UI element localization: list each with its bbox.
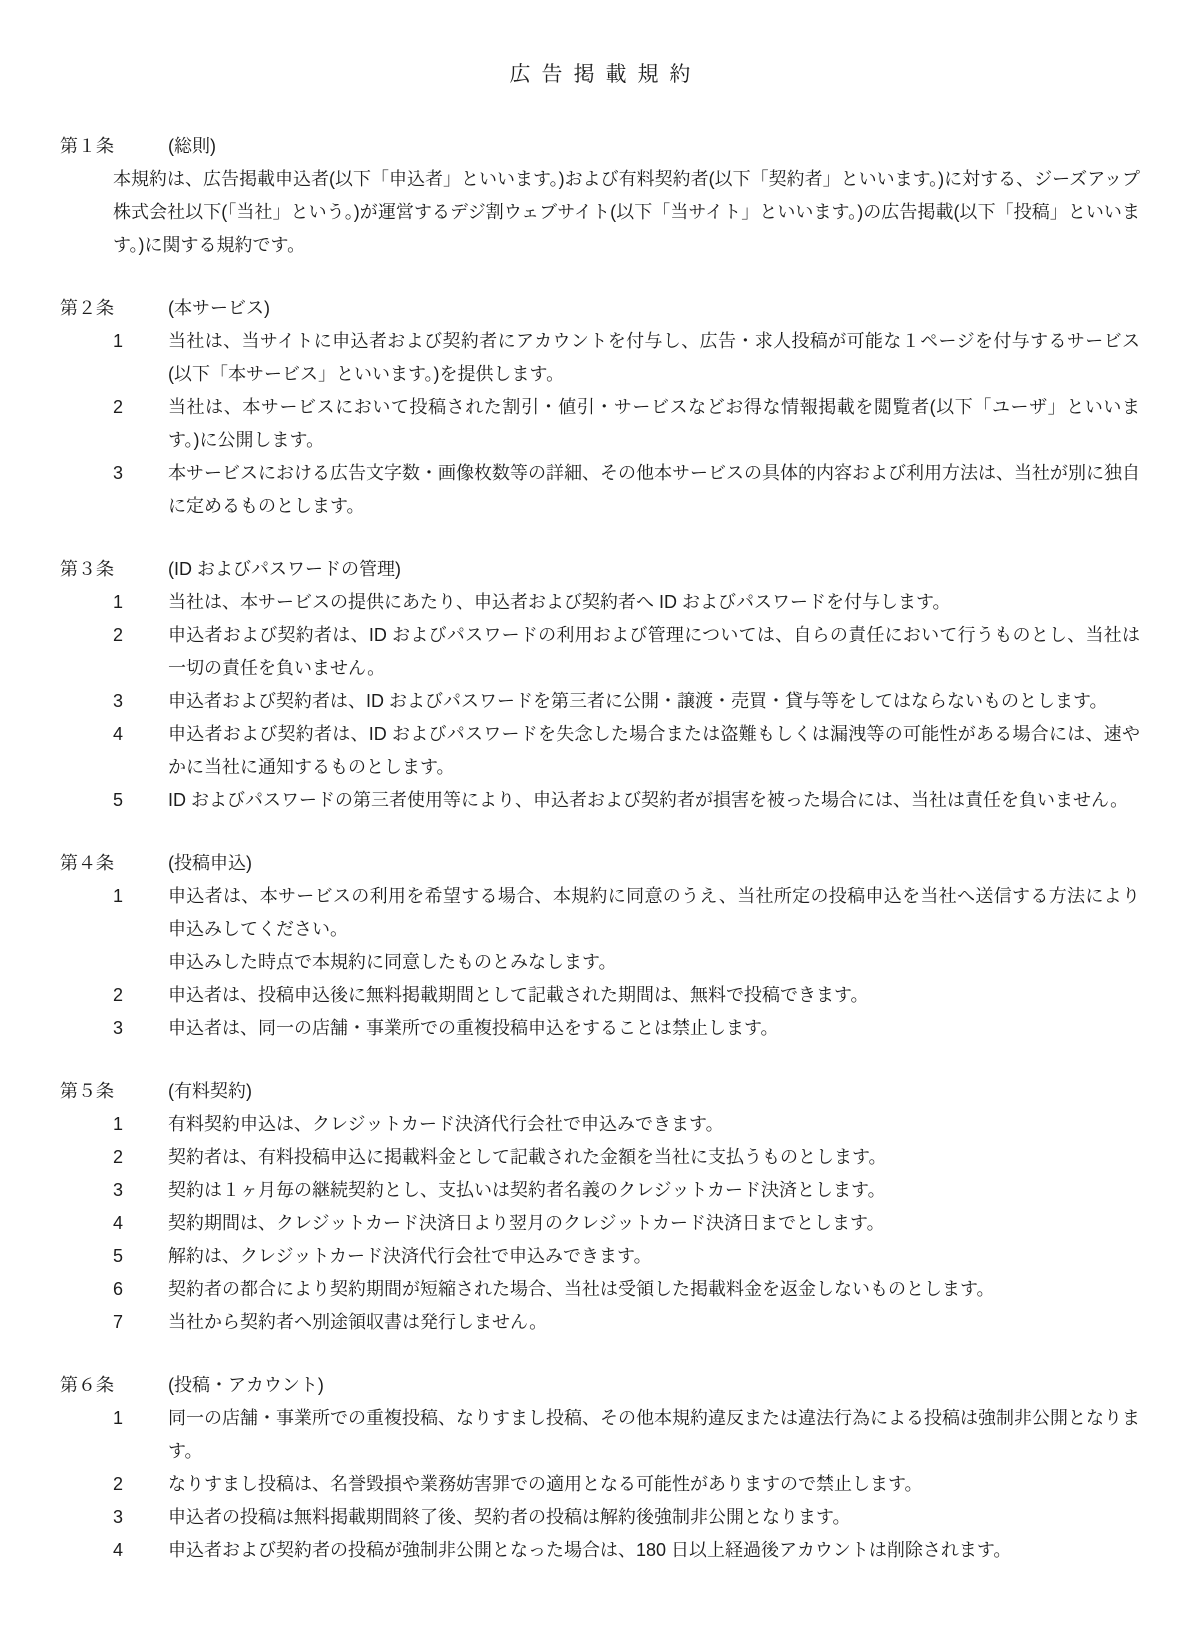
clause-text: 契約期間は、クレジットカード決済日より翌月のクレジットカード決済日までとします。 (168, 1207, 1140, 1240)
clause-number: 3 (60, 1174, 168, 1207)
clause-text: 申込者および契約者は、ID およびパスワードの利用および管理については、自らの責… (168, 619, 1140, 685)
clause-line: 契約者は、有料投稿申込に掲載料金として記載された金額を当社に支払うものとします。 (168, 1141, 1140, 1174)
article-number: 第６条 (60, 1369, 168, 1402)
clause-line: 当社は、本サービスの提供にあたり、申込者および契約者へ ID およびパスワードを… (168, 586, 1140, 619)
clause-number: 2 (60, 979, 168, 1012)
clause-text: 契約者は、有料投稿申込に掲載料金として記載された金額を当社に支払うものとします。 (168, 1141, 1140, 1174)
clause-number: 1 (60, 1402, 168, 1435)
article-heading: (総則) (168, 130, 1140, 163)
article-header: 第１条 (総則) (60, 130, 1140, 163)
clause-row: 5 解約は、クレジットカード決済代行会社で申込みできます。 (60, 1240, 1140, 1273)
clause-text: 解約は、クレジットカード決済代行会社で申込みできます。 (168, 1240, 1140, 1273)
articles-container: 第１条 (総則) 本規約は、広告掲載申込者(以下「申込者」といいます。)および有… (60, 130, 1140, 1567)
article-heading: (投稿・アカウント) (168, 1369, 1140, 1402)
clause-text: 申込者は、投稿申込後に無料掲載期間として記載された期間は、無料で投稿できます。 (168, 979, 1140, 1012)
clause-row: 2 申込者および契約者は、ID およびパスワードの利用および管理については、自ら… (60, 619, 1140, 685)
clause-line: 当社は、本サービスにおいて投稿された割引・値引・サービスなどお得な情報掲載を閲覧… (168, 391, 1140, 457)
clause-line: 申込者および契約者の投稿が強制非公開となった場合は、180 日以上経過後アカウン… (168, 1534, 1140, 1567)
article-section: 第５条 (有料契約) 1 有料契約申込は、クレジットカード決済代行会社で申込みで… (60, 1075, 1140, 1339)
clause-number: 2 (60, 1468, 168, 1501)
article-section: 第６条 (投稿・アカウント) 1 同一の店舗・事業所での重複投稿、なりすまし投稿… (60, 1369, 1140, 1567)
clause-text: 有料契約申込は、クレジットカード決済代行会社で申込みできます。 (168, 1108, 1140, 1141)
document-page: 広告掲載規約 第１条 (総則) 本規約は、広告掲載申込者(以下「申込者」といいま… (0, 0, 1200, 1625)
clause-line: 申込者および契約者は、ID およびパスワードの利用および管理については、自らの責… (168, 619, 1140, 685)
clause-number: 3 (60, 1012, 168, 1045)
clause-row: 5 ID およびパスワードの第三者使用等により、申込者および契約者が損害を被った… (60, 784, 1140, 817)
clause-row: 6 契約者の都合により契約期間が短縮された場合、当社は受領した掲載料金を返金しな… (60, 1273, 1140, 1306)
article-items: 1 有料契約申込は、クレジットカード決済代行会社で申込みできます。 2 契約者は… (60, 1108, 1140, 1339)
clause-number: 6 (60, 1273, 168, 1306)
clause-number: 1 (60, 1108, 168, 1141)
clause-text: 本サービスにおける広告文字数・画像枚数等の詳細、その他本サービスの具体的内容およ… (168, 457, 1140, 523)
article-number: 第５条 (60, 1075, 168, 1108)
article-heading: (有料契約) (168, 1075, 1140, 1108)
clause-line: 有料契約申込は、クレジットカード決済代行会社で申込みできます。 (168, 1108, 1140, 1141)
clause-number: 1 (60, 880, 168, 913)
clause-line: 本サービスにおける広告文字数・画像枚数等の詳細、その他本サービスの具体的内容およ… (168, 457, 1140, 523)
article-items: 1 当社は、当サイトに申込者および契約者にアカウントを付与し、広告・求人投稿が可… (60, 325, 1140, 523)
article-section: 第１条 (総則) 本規約は、広告掲載申込者(以下「申込者」といいます。)および有… (60, 130, 1140, 262)
clause-line: 本規約は、広告掲載申込者(以下「申込者」といいます。)および有料契約者(以下「契… (113, 163, 1140, 262)
article-header: 第６条 (投稿・アカウント) (60, 1369, 1140, 1402)
article-items: 1 申込者は、本サービスの利用を希望する場合、本規約に同意のうえ、当社所定の投稿… (60, 880, 1140, 1045)
article-heading: (ID およびパスワードの管理) (168, 553, 1140, 586)
clause-number: 4 (60, 1534, 168, 1567)
clause-text: 当社は、当サイトに申込者および契約者にアカウントを付与し、広告・求人投稿が可能な… (168, 325, 1140, 391)
clause-row: 2 当社は、本サービスにおいて投稿された割引・値引・サービスなどお得な情報掲載を… (60, 391, 1140, 457)
clause-text: 契約は１ヶ月毎の継続契約とし、支払いは契約者名義のクレジットカード決済とします。 (168, 1174, 1140, 1207)
clause-line: 申込みした時点で本規約に同意したものとみなします。 (168, 946, 1140, 979)
article-section: 第４条 (投稿申込) 1 申込者は、本サービスの利用を希望する場合、本規約に同意… (60, 847, 1140, 1045)
clause-row: 1 有料契約申込は、クレジットカード決済代行会社で申込みできます。 (60, 1108, 1140, 1141)
clause-row: 1 当社は、当サイトに申込者および契約者にアカウントを付与し、広告・求人投稿が可… (60, 325, 1140, 391)
clause-line: なりすまし投稿は、名誉毀損や業務妨害罪での適用となる可能性がありますので禁止しま… (168, 1468, 1140, 1501)
clause-row: 1 当社は、本サービスの提供にあたり、申込者および契約者へ ID およびパスワー… (60, 586, 1140, 619)
clause-text: 申込者は、本サービスの利用を希望する場合、本規約に同意のうえ、当社所定の投稿申込… (168, 880, 1140, 979)
clause-row: 3 申込者の投稿は無料掲載期間終了後、契約者の投稿は解約後強制非公開となります。 (60, 1501, 1140, 1534)
clause-text: 当社は、本サービスの提供にあたり、申込者および契約者へ ID およびパスワードを… (168, 586, 1140, 619)
clause-text: なりすまし投稿は、名誉毀損や業務妨害罪での適用となる可能性がありますので禁止しま… (168, 1468, 1140, 1501)
clause-row: 4 申込者および契約者は、ID およびパスワードを失念した場合または盗難もしくは… (60, 718, 1140, 784)
clause-text: 申込者の投稿は無料掲載期間終了後、契約者の投稿は解約後強制非公開となります。 (168, 1501, 1140, 1534)
clause-number: 4 (60, 718, 168, 751)
clause-number: 7 (60, 1306, 168, 1339)
clause-number: 3 (60, 685, 168, 718)
clause-line: 当社から契約者へ別途領収書は発行しません。 (168, 1306, 1140, 1339)
clause-row: 7 当社から契約者へ別途領収書は発行しません。 (60, 1306, 1140, 1339)
clause-number: 5 (60, 784, 168, 817)
clause-line: 申込者は、投稿申込後に無料掲載期間として記載された期間は、無料で投稿できます。 (168, 979, 1140, 1012)
clause-line: 当社は、当サイトに申込者および契約者にアカウントを付与し、広告・求人投稿が可能な… (168, 325, 1140, 391)
clause-line: 契約者の都合により契約期間が短縮された場合、当社は受領した掲載料金を返金しないも… (168, 1273, 1140, 1306)
clause-row: 2 なりすまし投稿は、名誉毀損や業務妨害罪での適用となる可能性がありますので禁止… (60, 1468, 1140, 1501)
clause-line: 申込者は、同一の店舗・事業所での重複投稿申込をすることは禁止します。 (168, 1012, 1140, 1045)
clause-text: 同一の店舗・事業所での重複投稿、なりすまし投稿、その他本規約違反または違法行為に… (168, 1402, 1140, 1468)
clause-text: 契約者の都合により契約期間が短縮された場合、当社は受領した掲載料金を返金しないも… (168, 1273, 1140, 1306)
clause-row: 3 契約は１ヶ月毎の継続契約とし、支払いは契約者名義のクレジットカード決済としま… (60, 1174, 1140, 1207)
article-heading: (本サービス) (168, 292, 1140, 325)
clause-number: 1 (60, 325, 168, 358)
clause-row: 2 契約者は、有料投稿申込に掲載料金として記載された金額を当社に支払うものとしま… (60, 1141, 1140, 1174)
article-section: 第２条 (本サービス) 1 当社は、当サイトに申込者および契約者にアカウントを付… (60, 292, 1140, 523)
clause-row: 本規約は、広告掲載申込者(以下「申込者」といいます。)および有料契約者(以下「契… (60, 163, 1140, 262)
clause-text: 当社は、本サービスにおいて投稿された割引・値引・サービスなどお得な情報掲載を閲覧… (168, 391, 1140, 457)
clause-number: 4 (60, 1207, 168, 1240)
clause-row: 3 本サービスにおける広告文字数・画像枚数等の詳細、その他本サービスの具体的内容… (60, 457, 1140, 523)
article-number: 第２条 (60, 292, 168, 325)
clause-row: 3 申込者および契約者は、ID およびパスワードを第三者に公開・譲渡・売買・貸与… (60, 685, 1140, 718)
clause-text: 申込者および契約者は、ID およびパスワードを失念した場合または盗難もしくは漏洩… (168, 718, 1140, 784)
article-header: 第５条 (有料契約) (60, 1075, 1140, 1108)
clause-line: 契約期間は、クレジットカード決済日より翌月のクレジットカード決済日までとします。 (168, 1207, 1140, 1240)
clause-row: 4 申込者および契約者の投稿が強制非公開となった場合は、180 日以上経過後アカ… (60, 1534, 1140, 1567)
clause-text: 申込者は、同一の店舗・事業所での重複投稿申込をすることは禁止します。 (168, 1012, 1140, 1045)
clause-line: ID およびパスワードの第三者使用等により、申込者および契約者が損害を被った場合… (168, 784, 1140, 817)
clause-number: 2 (60, 619, 168, 652)
article-number: 第４条 (60, 847, 168, 880)
clause-row: 1 申込者は、本サービスの利用を希望する場合、本規約に同意のうえ、当社所定の投稿… (60, 880, 1140, 979)
clause-number: 3 (60, 457, 168, 490)
clause-line: 同一の店舗・事業所での重複投稿、なりすまし投稿、その他本規約違反または違法行為に… (168, 1402, 1140, 1468)
clause-line: 申込者は、本サービスの利用を希望する場合、本規約に同意のうえ、当社所定の投稿申込… (168, 880, 1140, 946)
clause-text: 当社から契約者へ別途領収書は発行しません。 (168, 1306, 1140, 1339)
article-header: 第２条 (本サービス) (60, 292, 1140, 325)
clause-line: 申込者および契約者は、ID およびパスワードを第三者に公開・譲渡・売買・貸与等を… (168, 685, 1140, 718)
article-section: 第３条 (ID およびパスワードの管理) 1 当社は、本サービスの提供にあたり、… (60, 553, 1140, 817)
clause-row: 4 契約期間は、クレジットカード決済日より翌月のクレジットカード決済日までとしま… (60, 1207, 1140, 1240)
article-number: 第１条 (60, 130, 168, 163)
clause-line: 申込者および契約者は、ID およびパスワードを失念した場合または盗難もしくは漏洩… (168, 718, 1140, 784)
clause-line: 契約は１ヶ月毎の継続契約とし、支払いは契約者名義のクレジットカード決済とします。 (168, 1174, 1140, 1207)
article-items: 1 当社は、本サービスの提供にあたり、申込者および契約者へ ID およびパスワー… (60, 586, 1140, 817)
clause-row: 3 申込者は、同一の店舗・事業所での重複投稿申込をすることは禁止します。 (60, 1012, 1140, 1045)
article-number: 第３条 (60, 553, 168, 586)
article-header: 第３条 (ID およびパスワードの管理) (60, 553, 1140, 586)
clause-text: ID およびパスワードの第三者使用等により、申込者および契約者が損害を被った場合… (168, 784, 1140, 817)
clause-text: 本規約は、広告掲載申込者(以下「申込者」といいます。)および有料契約者(以下「契… (113, 163, 1140, 262)
clause-row: 2 申込者は、投稿申込後に無料掲載期間として記載された期間は、無料で投稿できます… (60, 979, 1140, 1012)
clause-number: 2 (60, 1141, 168, 1174)
clause-number: 1 (60, 586, 168, 619)
clause-number: 3 (60, 1501, 168, 1534)
clause-text: 申込者および契約者の投稿が強制非公開となった場合は、180 日以上経過後アカウン… (168, 1534, 1140, 1567)
clause-number: 2 (60, 391, 168, 424)
clause-row: 1 同一の店舗・事業所での重複投稿、なりすまし投稿、その他本規約違反または違法行… (60, 1402, 1140, 1468)
clause-number: 5 (60, 1240, 168, 1273)
document-title: 広告掲載規約 (60, 58, 1140, 92)
clause-text: 申込者および契約者は、ID およびパスワードを第三者に公開・譲渡・売買・貸与等を… (168, 685, 1140, 718)
article-heading: (投稿申込) (168, 847, 1140, 880)
clause-line: 申込者の投稿は無料掲載期間終了後、契約者の投稿は解約後強制非公開となります。 (168, 1501, 1140, 1534)
clause-line: 解約は、クレジットカード決済代行会社で申込みできます。 (168, 1240, 1140, 1273)
article-items: 本規約は、広告掲載申込者(以下「申込者」といいます。)および有料契約者(以下「契… (60, 163, 1140, 262)
article-header: 第４条 (投稿申込) (60, 847, 1140, 880)
article-items: 1 同一の店舗・事業所での重複投稿、なりすまし投稿、その他本規約違反または違法行… (60, 1402, 1140, 1567)
